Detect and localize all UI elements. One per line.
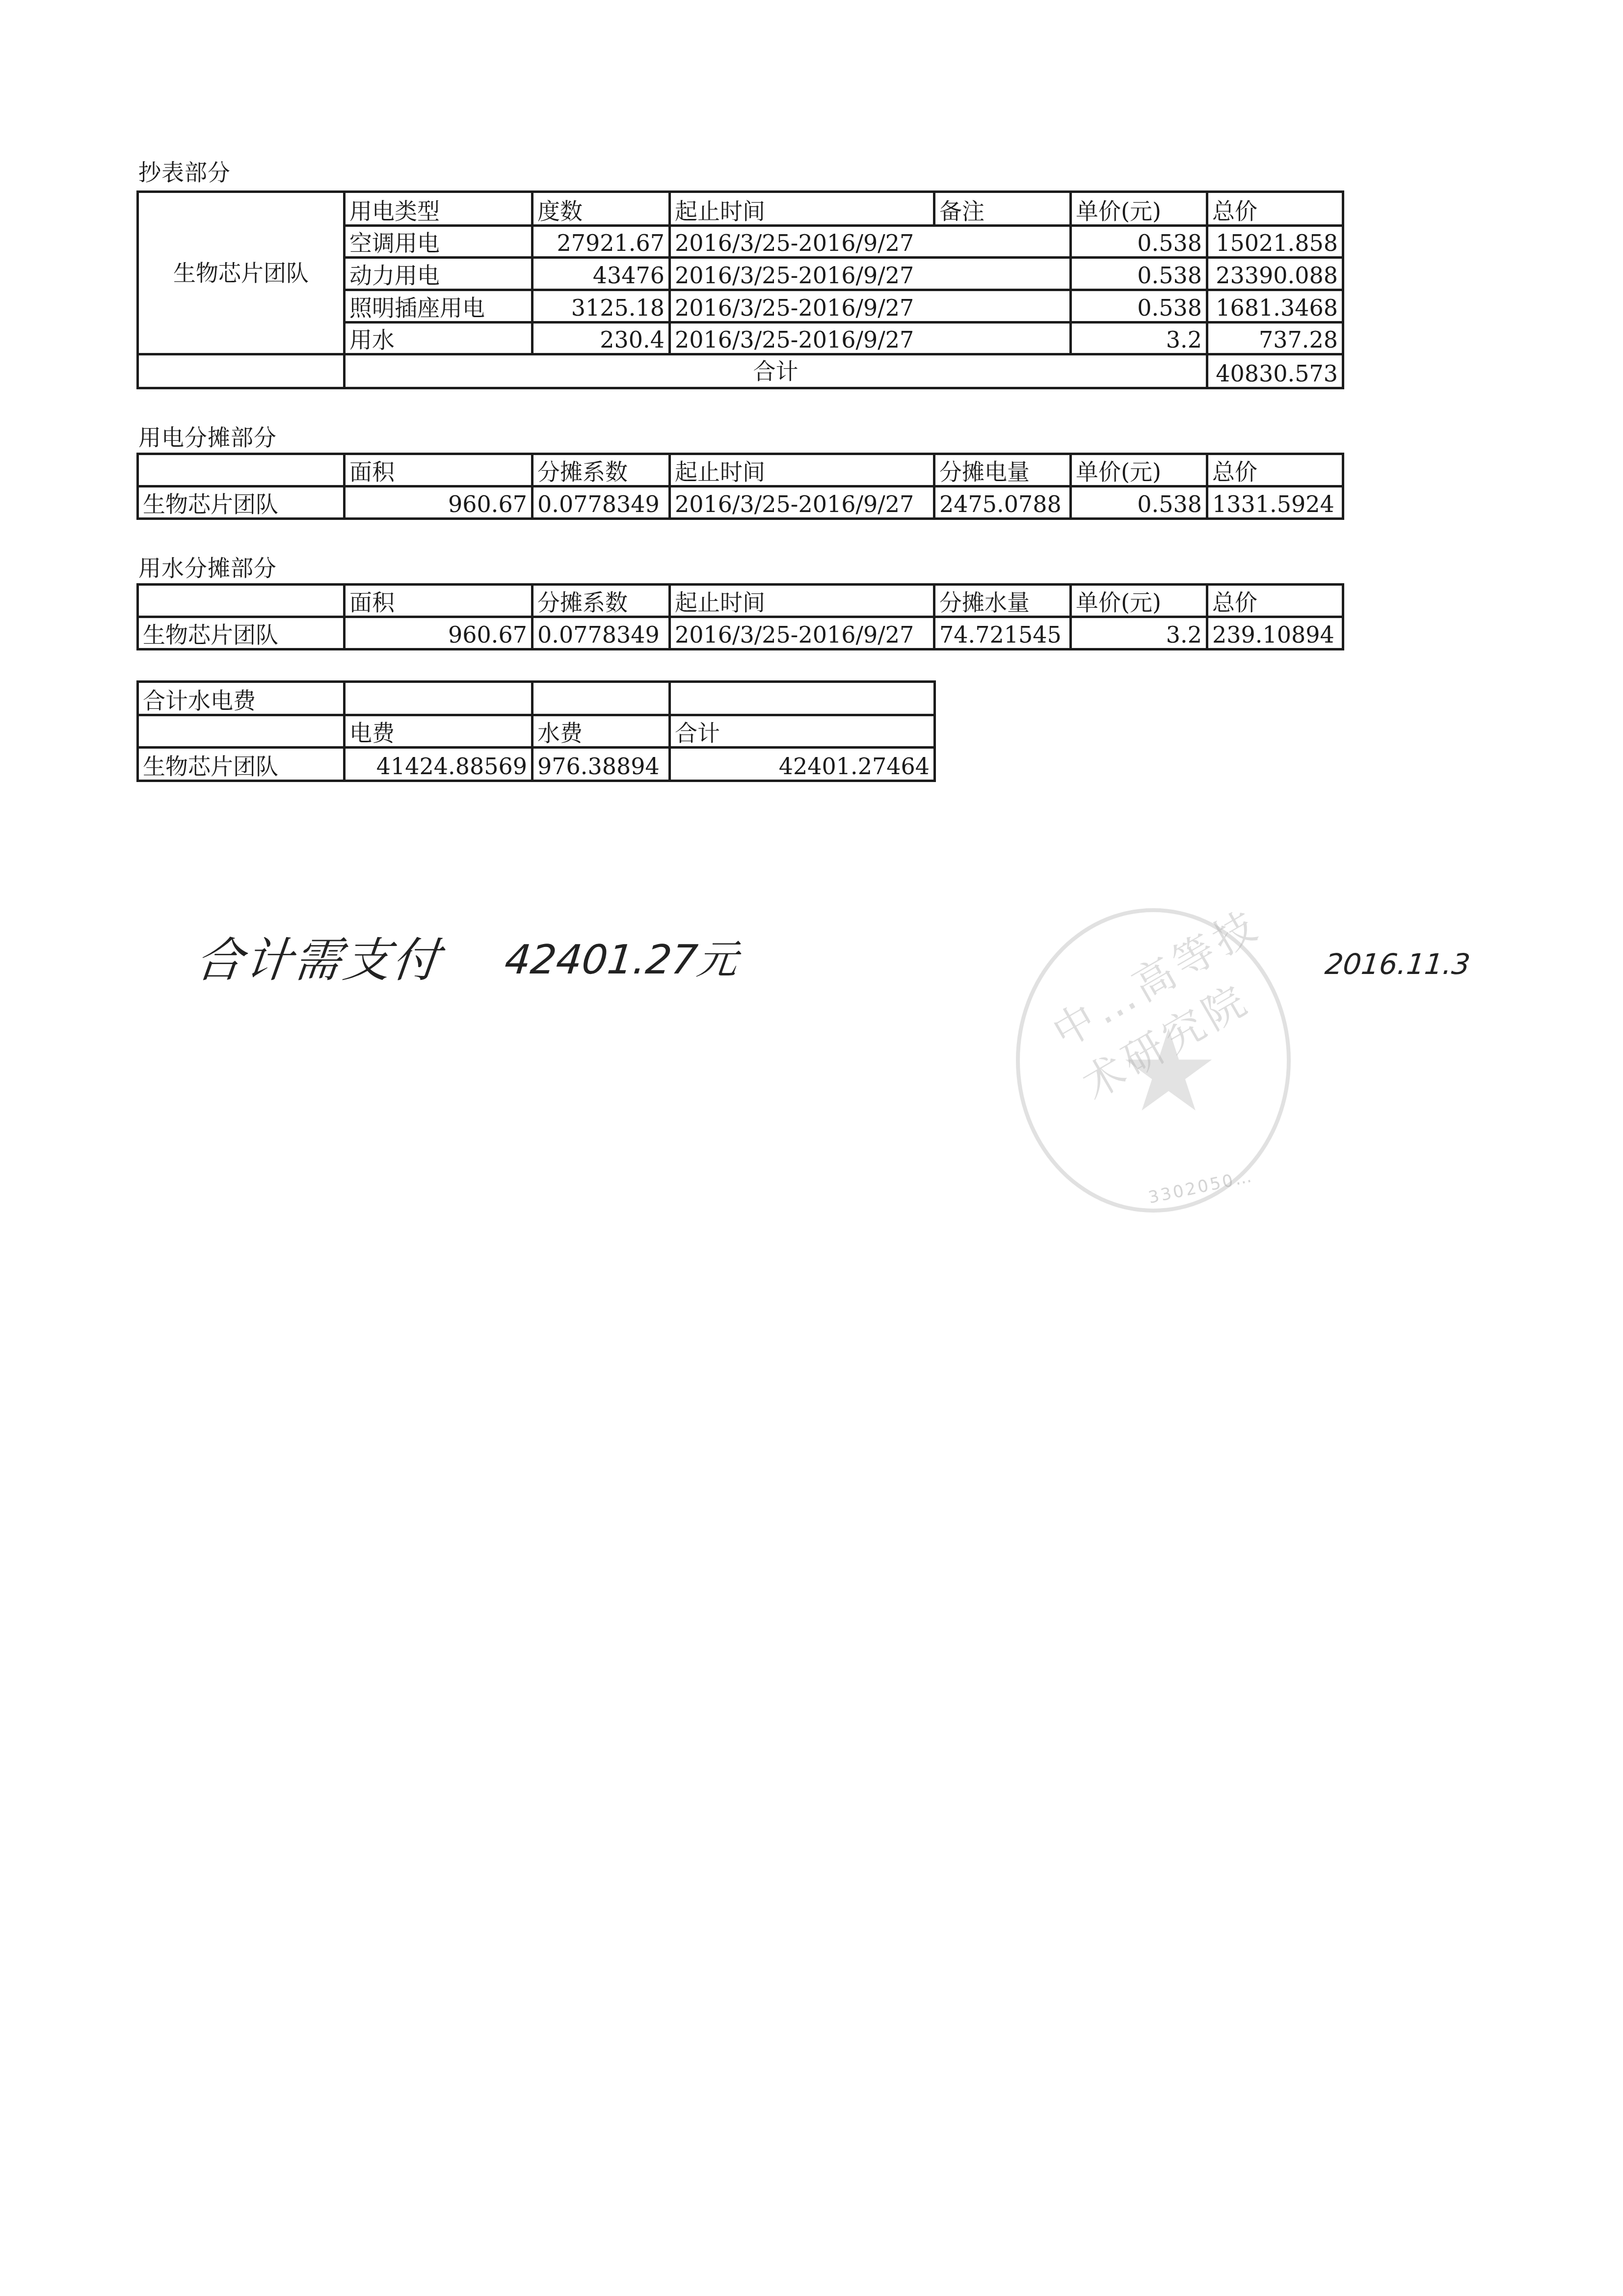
period-cell: 2016/3/25-2016/9/27 — [670, 323, 934, 354]
header-period: 起止时间 — [670, 585, 934, 617]
period-cell: 2016/3/25-2016/9/27 — [670, 486, 934, 519]
type-cell: 用水 — [345, 323, 532, 354]
handwritten-amount: 42401.27元 — [503, 928, 741, 985]
seal-code: 3302050… — [1146, 1166, 1255, 1208]
type-cell: 照明插座用电 — [345, 290, 532, 323]
table-row: 生物芯片团队 960.67 0.0778349 2016/3/25-2016/9… — [138, 486, 1343, 519]
remark-cell — [934, 258, 1071, 290]
header-area: 面积 — [345, 585, 532, 617]
type-cell: 空调用电 — [345, 226, 532, 258]
type-cell: 动力用电 — [345, 258, 532, 290]
handwritten-date: 2016.11.3 — [1323, 947, 1471, 981]
grand-total-cell: 42401.27464 — [670, 748, 935, 781]
sum-row: 合计 40830.573 — [138, 354, 1343, 388]
total-cell: 737.28 — [1207, 323, 1343, 354]
total-cell: 23390.088 — [1207, 258, 1343, 290]
meter-section-title: 抄表部分 — [138, 160, 231, 185]
summary-title-row: 合计水电费 — [138, 682, 935, 715]
reading-cell: 43476 — [532, 258, 670, 290]
period-cell: 2016/3/25-2016/9/27 — [670, 258, 934, 290]
coefficient-cell: 0.0778349 — [532, 617, 670, 649]
header-type: 用电类型 — [345, 192, 532, 226]
team-cell: 生物芯片团队 — [138, 617, 345, 649]
official-seal: 中…高等技术研究院 ★ 3302050… — [1016, 908, 1291, 1213]
summary-table: 合计水电费 电费 水费 合计 生物芯片团队 41424.88569 976.38… — [136, 680, 936, 782]
header-total: 总价 — [1207, 192, 1343, 226]
header-area: 面积 — [345, 454, 532, 486]
total-cell: 1331.5924 — [1207, 486, 1343, 519]
total-cell: 239.10894 — [1207, 617, 1343, 649]
area-cell: 960.67 — [345, 617, 532, 649]
header-electric-fee: 电费 — [345, 715, 532, 748]
unit-price-cell: 0.538 — [1071, 290, 1207, 323]
amount-cell: 2475.0788 — [934, 486, 1071, 519]
area-cell: 960.67 — [345, 486, 532, 519]
header-period: 起止时间 — [670, 454, 934, 486]
header-amount: 分摊电量 — [934, 454, 1071, 486]
header-unit-price: 单价(元) — [1071, 454, 1207, 486]
handwritten-note: 合计需支付 — [193, 923, 445, 990]
sum-total: 40830.573 — [1207, 354, 1343, 388]
header-total: 总价 — [1207, 454, 1343, 486]
total-cell: 15021.858 — [1207, 226, 1343, 258]
header-remark: 备注 — [934, 192, 1071, 226]
team-cell: 生物芯片团队 — [138, 486, 345, 519]
period-cell: 2016/3/25-2016/9/27 — [670, 617, 934, 649]
unit-price-cell: 3.2 — [1071, 617, 1207, 649]
reading-cell: 230.4 — [532, 323, 670, 354]
header-coefficient: 分摊系数 — [532, 585, 670, 617]
water-fee-cell: 976.38894 — [532, 748, 670, 781]
amount-cell: 74.721545 — [934, 617, 1071, 649]
team-cell: 生物芯片团队 — [138, 748, 345, 781]
header-unit-price: 单价(元) — [1071, 585, 1207, 617]
header-blank — [138, 585, 345, 617]
unit-price-cell: 0.538 — [1071, 226, 1207, 258]
header-amount: 分摊水量 — [934, 585, 1071, 617]
table-header-row: 面积 分摊系数 起止时间 分摊电量 单价(元) 总价 — [138, 454, 1343, 486]
total-cell: 1681.3468 — [1207, 290, 1343, 323]
reading-cell: 3125.18 — [532, 290, 670, 323]
header-total: 合计 — [670, 715, 935, 748]
table-row: 生物芯片团队 41424.88569 976.38894 42401.27464 — [138, 748, 935, 781]
period-cell: 2016/3/25-2016/9/27 — [670, 226, 934, 258]
table-row: 生物芯片团队 960.67 0.0778349 2016/3/25-2016/9… — [138, 617, 1343, 649]
water-share-table: 面积 分摊系数 起止时间 分摊水量 单价(元) 总价 生物芯片团队 960.67… — [136, 583, 1344, 650]
header-coefficient: 分摊系数 — [532, 454, 670, 486]
header-reading: 度数 — [532, 192, 670, 226]
sum-label: 合计 — [345, 354, 1207, 388]
reading-cell: 27921.67 — [532, 226, 670, 258]
water-share-title: 用水分摊部分 — [138, 556, 277, 580]
header-unit-price: 单价(元) — [1071, 192, 1207, 226]
electric-share-title: 用电分摊部分 — [138, 425, 277, 450]
period-cell: 2016/3/25-2016/9/27 — [670, 290, 934, 323]
unit-price-cell: 3.2 — [1071, 323, 1207, 354]
meter-table: 生物芯片团队 用电类型 度数 起止时间 备注 单价(元) 总价 空调用电 279… — [136, 190, 1344, 389]
header-period: 起止时间 — [670, 192, 934, 226]
unit-price-cell: 0.538 — [1071, 258, 1207, 290]
team-cell: 生物芯片团队 — [138, 192, 345, 354]
remark-cell — [934, 323, 1071, 354]
remark-cell — [934, 226, 1071, 258]
electric-fee-cell: 41424.88569 — [345, 748, 532, 781]
header-blank — [138, 454, 345, 486]
unit-price-cell: 0.538 — [1071, 486, 1207, 519]
star-icon: ★ — [1118, 1015, 1219, 1128]
header-total: 总价 — [1207, 585, 1343, 617]
table-header-row: 面积 分摊系数 起止时间 分摊水量 单价(元) 总价 — [138, 585, 1343, 617]
remark-cell — [934, 290, 1071, 323]
header-water-fee: 水费 — [532, 715, 670, 748]
coefficient-cell: 0.0778349 — [532, 486, 670, 519]
table-header-row: 电费 水费 合计 — [138, 715, 935, 748]
header-blank — [138, 715, 345, 748]
summary-title: 合计水电费 — [138, 682, 345, 715]
electric-share-table: 面积 分摊系数 起止时间 分摊电量 单价(元) 总价 生物芯片团队 960.67… — [136, 453, 1344, 520]
table-header-row: 生物芯片团队 用电类型 度数 起止时间 备注 单价(元) 总价 — [138, 192, 1343, 226]
